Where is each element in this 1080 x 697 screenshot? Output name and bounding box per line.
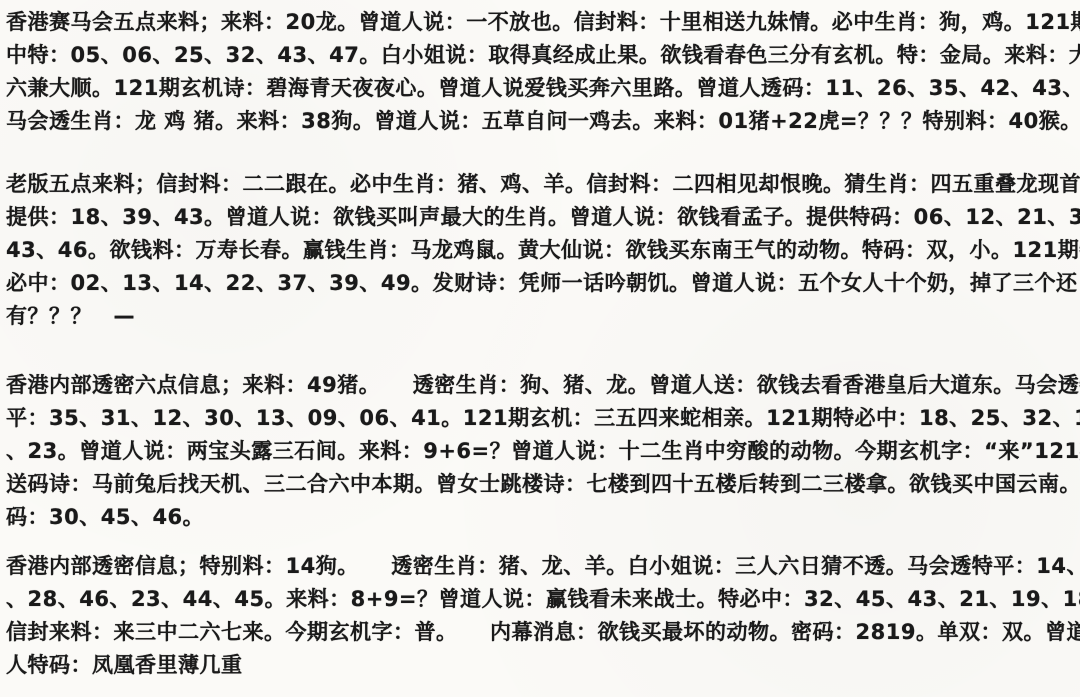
text-line: 、28、46、23、44、45。来料：8+9=？曾道人说：赢钱看未来战士。特必中… <box>6 583 1076 616</box>
text-line: 六兼大顺。121期玄机诗：碧海青天夜夜心。曾道人说爱钱买奔六里路。曾道人透码：1… <box>6 72 1076 105</box>
text-line: 提供：18、39、43。曾道人说：欲钱买叫声最大的生肖。曾道人说：欲钱看孟子。提… <box>6 201 1076 234</box>
paragraph-2: 老版五点来料；信封料：二二跟在。必中生肖：猪、鸡、羊。信封料：二四相见却恨晚。猜… <box>6 168 1076 333</box>
paragraph-1: 香港赛马会五点来料；来料：20龙。曾道人说：一不放也。信封料：十里相送九妹情。必… <box>6 6 1076 138</box>
text-line: 马会透生肖：龙 鸡 猪。来料：38狗。曾道人说：五草自问一鸡去。来料：01猪+2… <box>6 105 1076 138</box>
text-line: 香港内部透密六点信息；来料：49猪。 透密生肖：狗、猪、龙。曾道人送：欲钱去看香… <box>6 369 1076 402</box>
text-line: 、23。曾道人说：两宝头露三石间。来料：9+6=？曾道人说：十二生肖中穷酸的动物… <box>6 435 1076 468</box>
text-line: 老版五点来料；信封料：二二跟在。必中生肖：猪、鸡、羊。信封料：二四相见却恨晚。猜… <box>6 168 1076 201</box>
text-line: 香港内部透密信息；特别料：14狗。 透密生肖：猪、龙、羊。白小姐说：三人六日猜不… <box>6 550 1076 583</box>
text-line: 送码诗：马前兔后找天机、三二合六中本期。曾女士跳楼诗：七楼到四十五楼后转到二三楼… <box>6 468 1076 501</box>
text-line: 人特码：凤凰香里薄几重 <box>6 649 1076 682</box>
text-line: 43、46。欲钱料：万寿长春。赢钱生肖：马龙鸡鼠。黄大仙说：欲钱买东南王气的动物… <box>6 234 1076 267</box>
text-line: 有？？？ — <box>6 300 1076 333</box>
text-line: 香港赛马会五点来料；来料：20龙。曾道人说：一不放也。信封料：十里相送九妹情。必… <box>6 6 1076 39</box>
text-line: 码：30、45、46。 <box>6 501 1076 534</box>
scanned-document: 香港赛马会五点来料；来料：20龙。曾道人说：一不放也。信封料：十里相送九妹情。必… <box>0 0 1080 697</box>
text-line: 信封来料：来三中二六七来。今期玄机字：普。 内幕消息：欲钱买最坏的动物。密码：2… <box>6 616 1076 649</box>
text-line: 必中：02、13、14、22、37、39、49。发财诗：凭师一话吟朝饥。曾道人说… <box>6 267 1076 300</box>
text-line: 中特：05、06、25、32、43、47。白小姐说：取得真经成止果。欲钱看春色三… <box>6 39 1076 72</box>
paragraph-4: 香港内部透密信息；特别料：14狗。 透密生肖：猪、龙、羊。白小姐说：三人六日猜不… <box>6 550 1076 682</box>
text-line: 平：35、31、12、30、13、09、06、41。121期玄机：三五四来蛇相亲… <box>6 402 1076 435</box>
paragraph-3: 香港内部透密六点信息；来料：49猪。 透密生肖：狗、猪、龙。曾道人送：欲钱去看香… <box>6 369 1076 534</box>
